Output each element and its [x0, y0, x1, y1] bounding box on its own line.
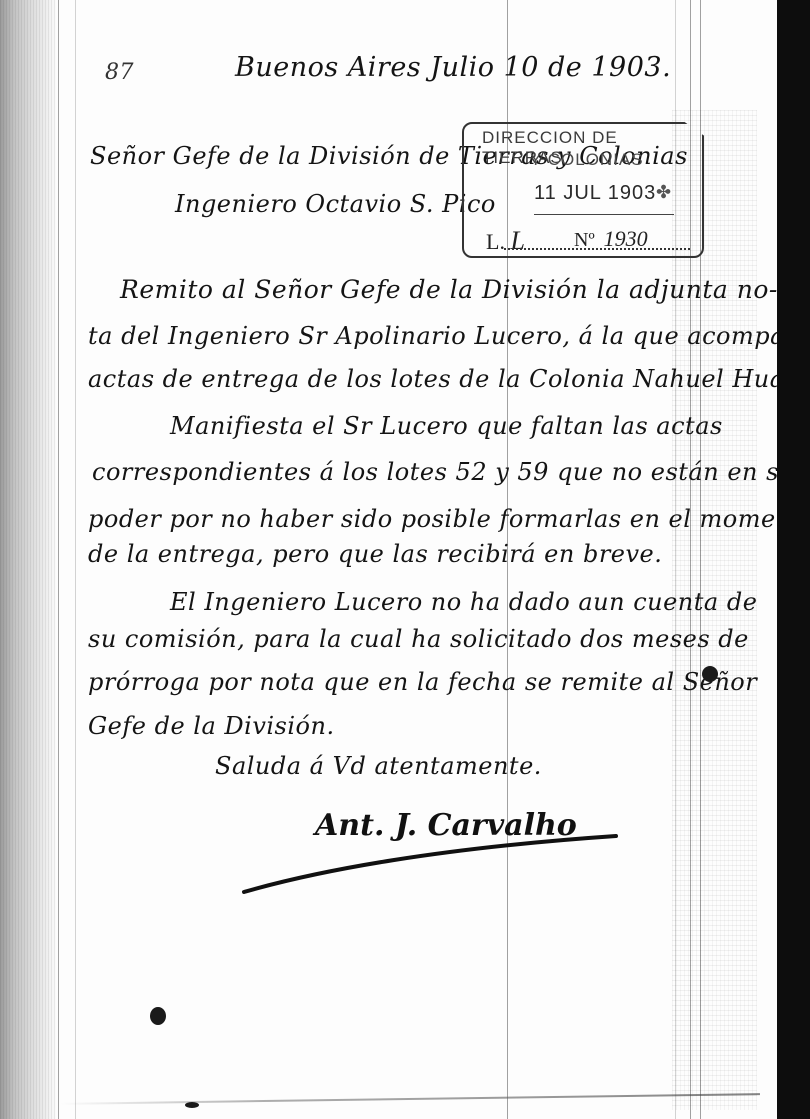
body-line: poder por no haber sido posible formarla… [88, 505, 810, 533]
body-line: ta del Ingeniero Sr Apolinario Lucero, á… [88, 322, 810, 350]
stamp-rule [534, 214, 674, 215]
ink-blot [702, 666, 718, 682]
closing-line: Saluda á Vd atentamente. [215, 752, 542, 780]
dateline: Buenos Aires Julio 10 de 1903. [235, 52, 671, 83]
ruling-line [58, 0, 59, 1119]
ink-blot [150, 1007, 166, 1025]
document-page: 87 Buenos Aires Julio 10 de 1903. Señor … [0, 0, 777, 1119]
body-line: su comisión, para la cual ha solicitado … [88, 625, 749, 653]
stamp-book-value: L [510, 226, 524, 255]
body-line: prórroga por nota que en la fecha se rem… [88, 668, 757, 696]
stamp-date: 11 JUL 1903 [534, 182, 656, 205]
scan-left-shadow [0, 0, 56, 1119]
stamp-dotted-line [504, 248, 690, 250]
page-bottom-edge [60, 1093, 760, 1105]
body-line: correspondientes á los lotes 52 y 59 que… [92, 458, 795, 486]
addressee-line-2: Ingeniero Octavio S. Pico [175, 190, 496, 218]
stamp-book: L. L [486, 226, 525, 256]
body-line: de la entrega, pero que las recibirá en … [88, 540, 662, 568]
body-line: Manifiesta el Sr Lucero que faltan las a… [170, 412, 723, 440]
reception-stamp: DIRECCION DE TIERRAS Y COLONIAS 11 JUL 1… [462, 122, 704, 258]
body-line: Remito al Señor Gefe de la División la a… [120, 275, 778, 304]
body-line: El Ingeniero Lucero no ha dado aun cuent… [170, 588, 757, 616]
folio-number: 87 [105, 60, 134, 85]
ornament-icon: ✤ [656, 182, 671, 203]
body-line: actas de entrega de los lotes de la Colo… [88, 365, 810, 393]
stamp-book-label: L. [486, 229, 505, 254]
signature-flourish [240, 830, 620, 900]
ink-blot [185, 1102, 199, 1108]
body-line: Gefe de la División. [88, 712, 335, 740]
ruling-line [75, 0, 76, 1119]
stamp-subtitle: Y COLONIAS [530, 150, 644, 170]
scan-border [777, 0, 810, 1119]
